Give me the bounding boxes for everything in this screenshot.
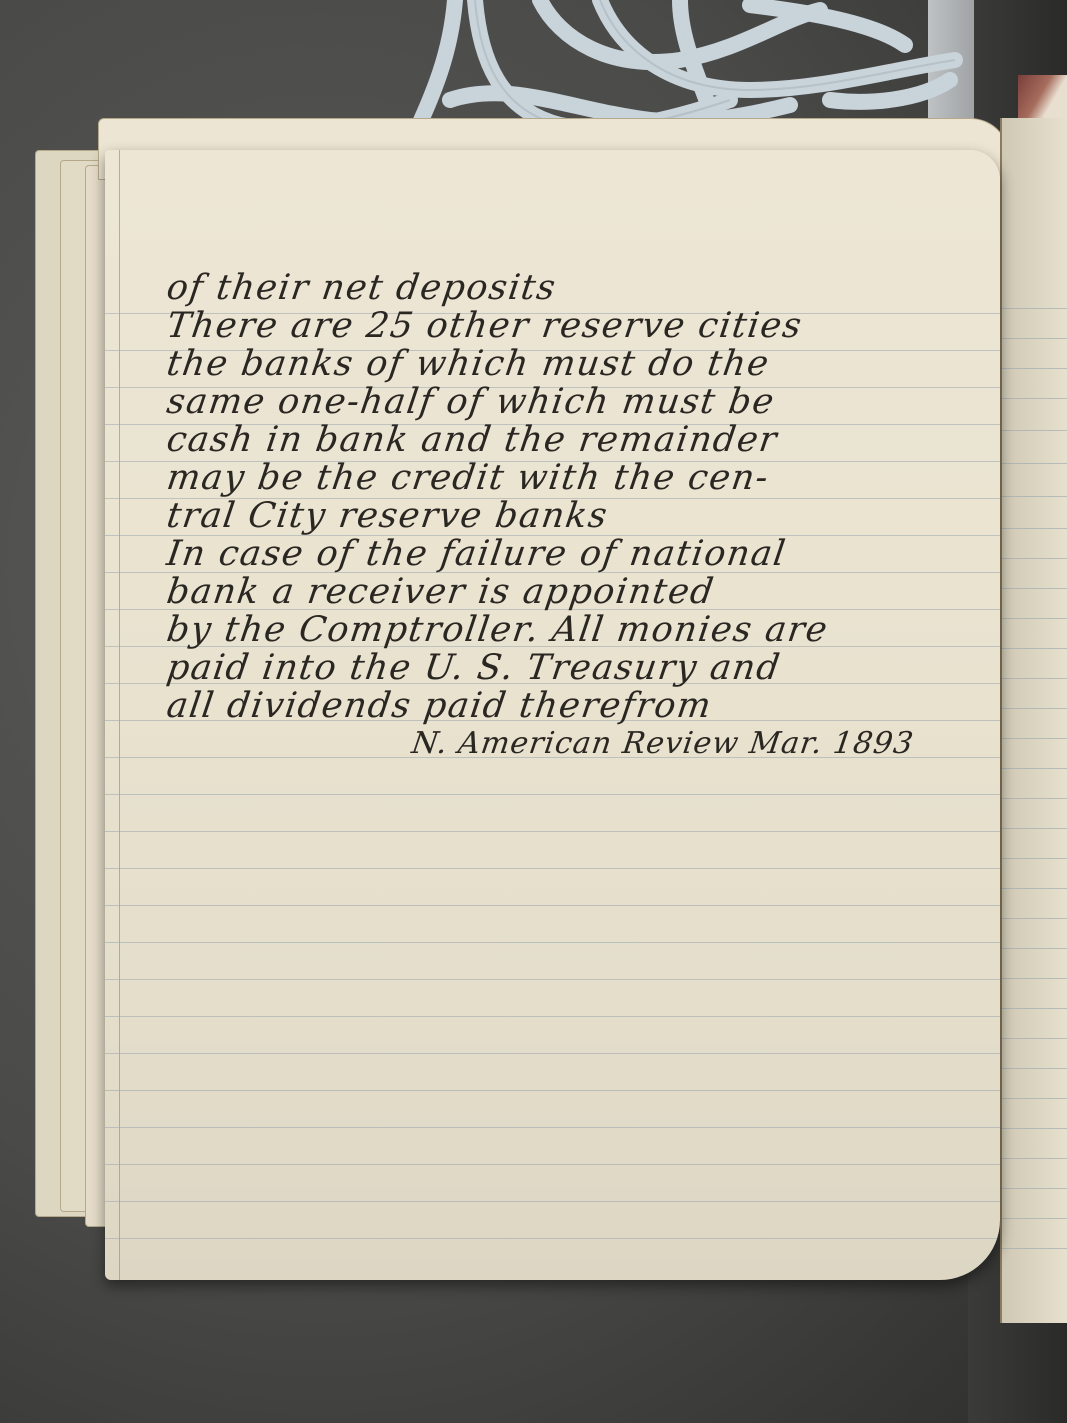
notebook-page: of their net deposits There are 25 other… [105,150,1000,1280]
citation: N. American Review Mar. 1893 [410,726,917,761]
text-line: by the Comptroller. All monies are [164,610,831,650]
text-line: In case of the failure of national [164,534,789,574]
text-line: all dividends paid therefrom [164,686,714,726]
text-line: cash in bank and the remainder [164,420,780,460]
margin-line [119,150,120,1280]
text-line: bank a receiver is appointed [164,572,717,612]
text-line: of their net deposits [164,268,559,308]
text-line: paid into the U. S. Treasury and [164,648,783,688]
text-line: the banks of which must do the [164,344,772,384]
text-line: may be the credit with the cen- [164,458,772,498]
text-line: same one-half of which must be [164,382,777,422]
text-line: tral City reserve banks [164,496,610,536]
right-page-edge [1000,118,1067,1323]
text-line: There are 25 other reserve cities [164,306,805,346]
